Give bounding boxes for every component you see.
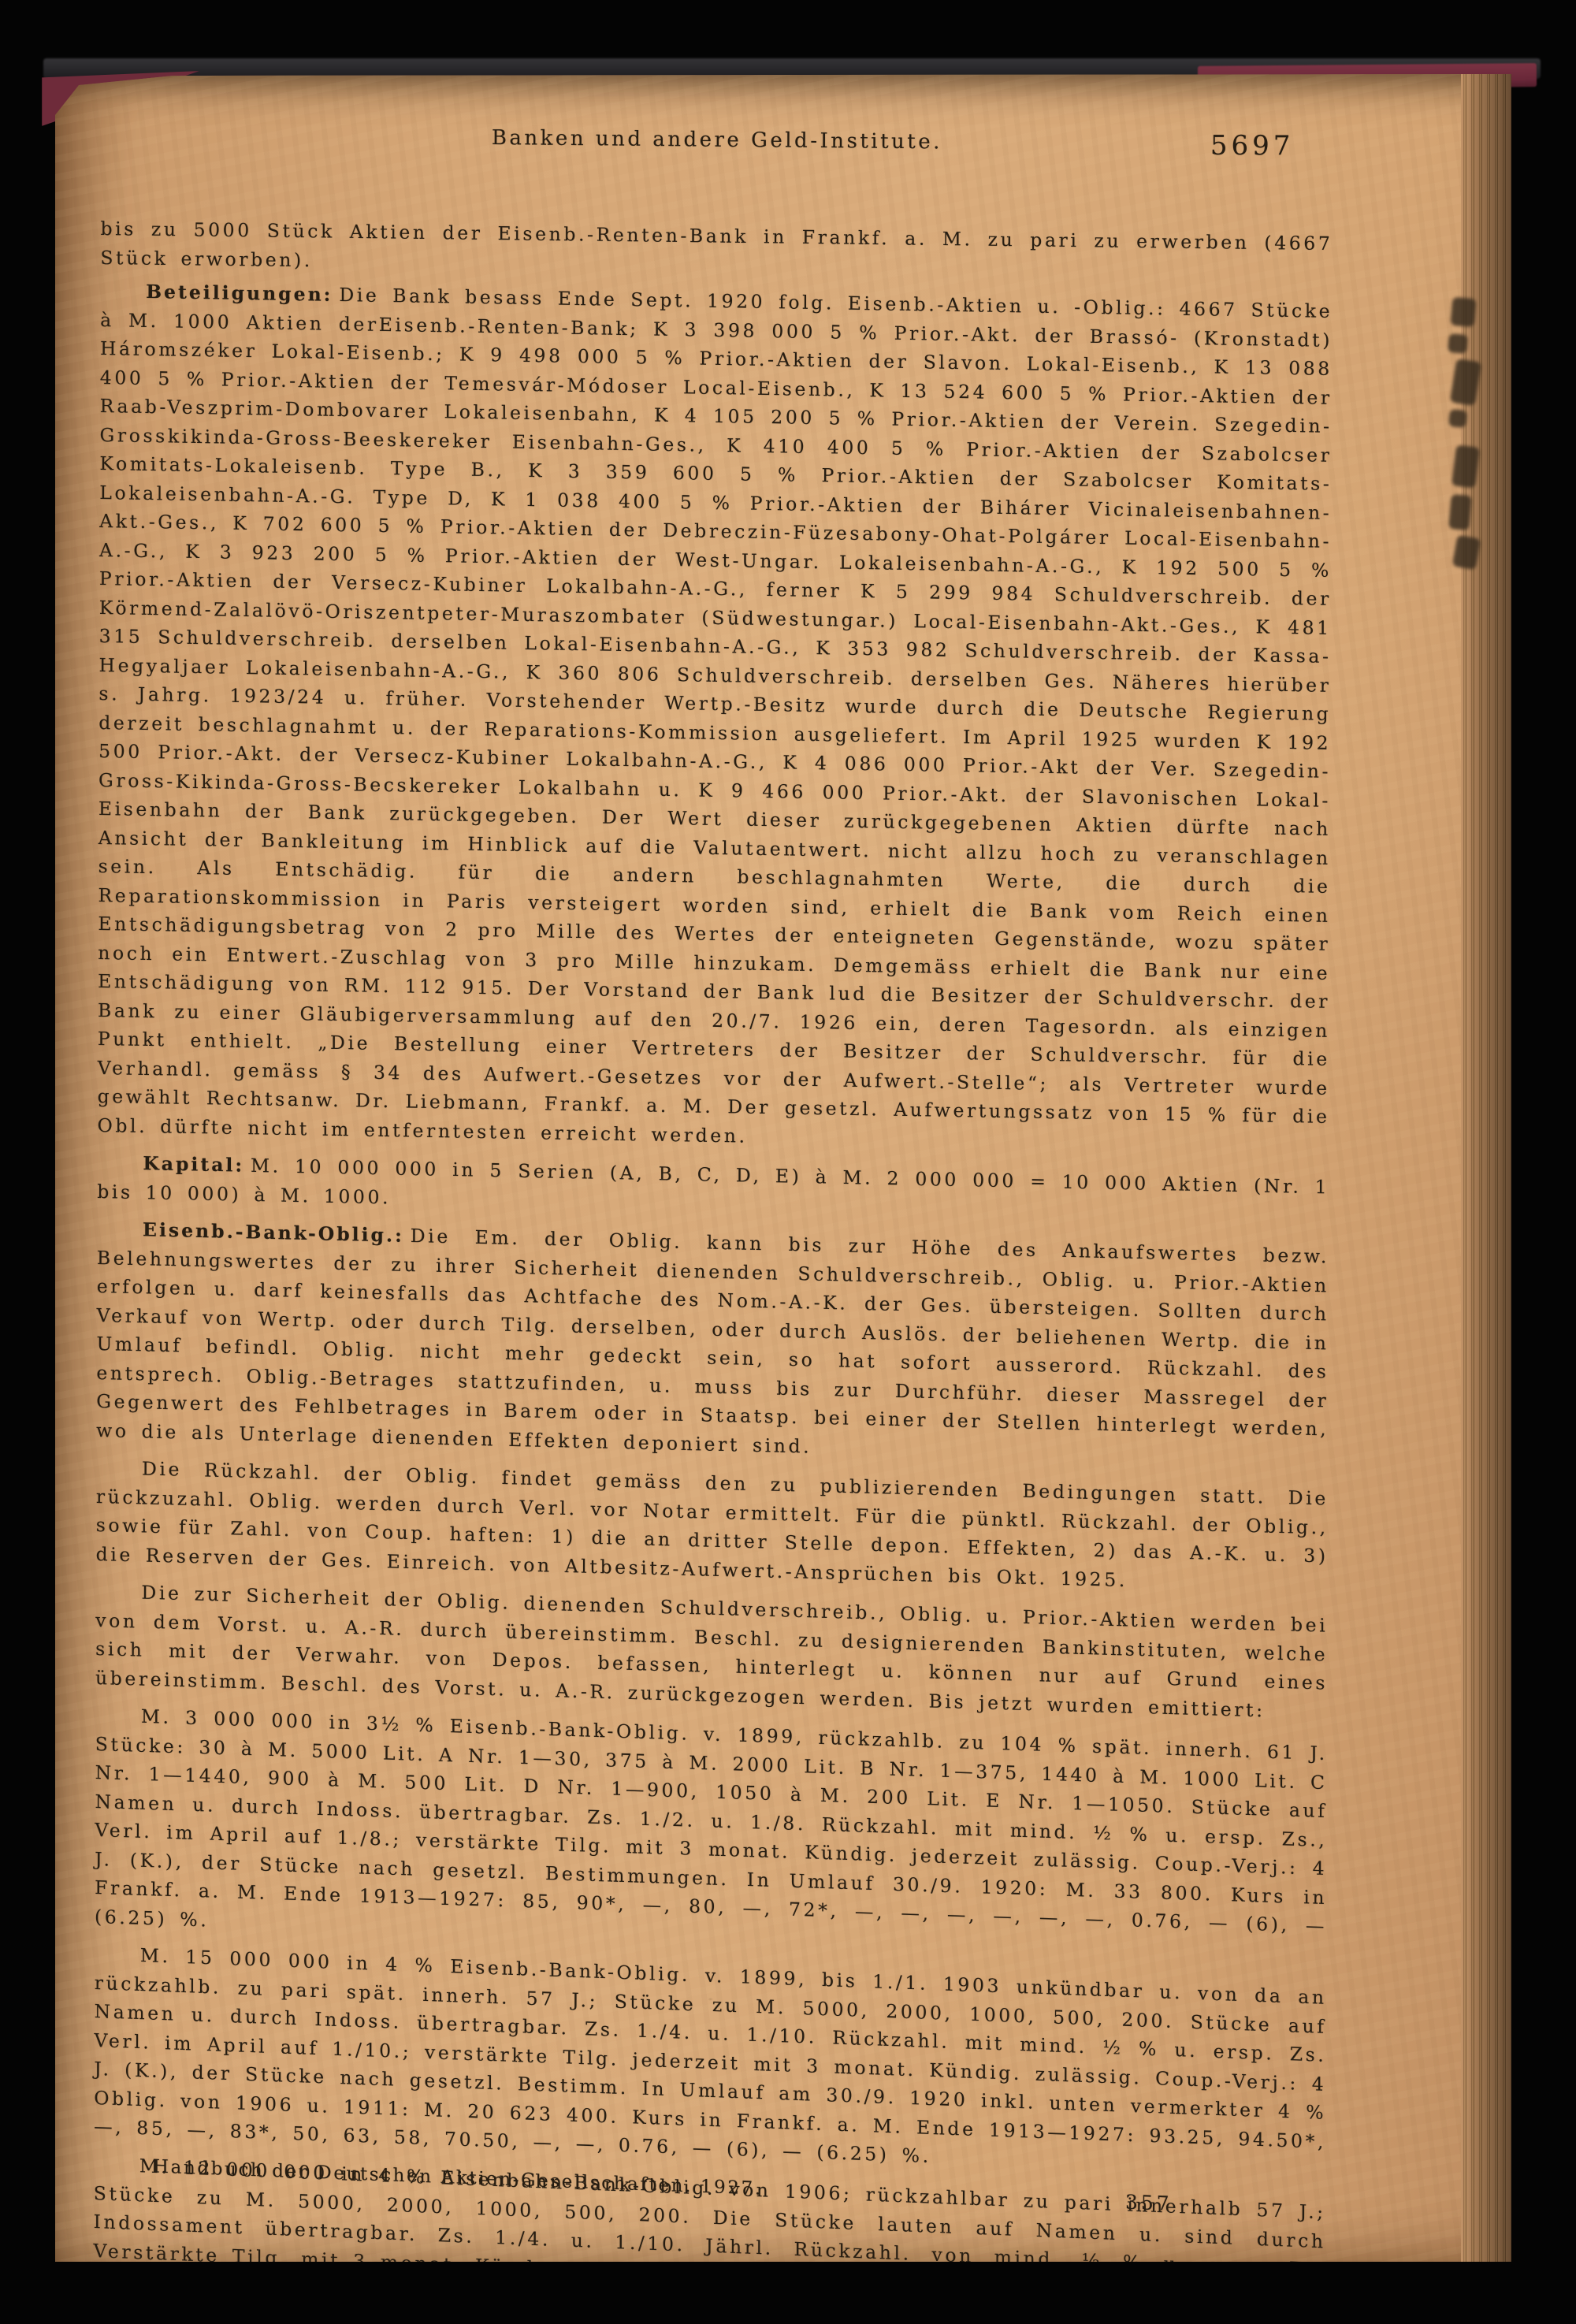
paragraph-text: M. 15 000 000 in 4 % Eisenb.-Bank-Oblig.… — [94, 1944, 1327, 2167]
paragraph-lead: Kapital: — [143, 1152, 244, 1177]
paragraph-text: M. 10 000 000 in 5 Serien (A, B, C, D, E… — [97, 1155, 1329, 1208]
paragraph-text: Die Rückzahl. der Oblig. findet gemäss d… — [96, 1457, 1329, 1590]
paragraph-text: Die Bank besass Ende Sept. 1920 folg. Ei… — [97, 284, 1333, 1147]
printed-content: Banken und andere Geld-Institute. 5697 b… — [93, 115, 1333, 2269]
paragraph-oblig-1899-3-5pct: M. 3 000 000 in 3½ % Eisenb.-Bank-Oblig.… — [95, 1701, 1328, 1969]
paragraph-eisenb-bank-oblig: Eisenb.-Bank-Oblig.:Die Em. der Oblig. k… — [96, 1214, 1329, 1472]
edge-ink-blot — [1448, 409, 1467, 428]
paragraph-text: bis zu 5000 Stück Aktien der Eisenb.-Ren… — [100, 218, 1333, 271]
paragraph-beteiligungen: Beteiligungen:Die Bank besass Ende Sept.… — [97, 277, 1333, 1160]
paragraph-continuation: bis zu 5000 Stück Aktien der Eisenb.-Ren… — [100, 214, 1333, 287]
edge-ink-blot — [1450, 359, 1481, 406]
edge-ink-blot — [1450, 297, 1476, 327]
paragraph-text: M. 3 000 000 in 3½ % Eisenb.-Bank-Oblig.… — [95, 1705, 1328, 1937]
footer-volume-number: 357 — [1125, 2191, 1173, 2215]
edge-ink-marks — [1447, 298, 1483, 568]
paragraph-oblig-1899-4pct: M. 15 000 000 in 4 % Eisenb.-Bank-Oblig.… — [94, 1939, 1327, 2185]
page-number: 5697 — [1210, 130, 1295, 162]
paragraph-sicherheit: Die zur Sicherheit der Oblig. dienenden … — [95, 1577, 1328, 1727]
paragraph-lead: Eisenb.-Bank-Oblig.: — [143, 1218, 404, 1247]
running-title: Banken und andere Geld-Institute. — [101, 111, 1333, 158]
edge-ink-blot — [1451, 444, 1480, 488]
edge-ink-blot — [1448, 333, 1468, 354]
paragraph-text: Die zur Sicherheit der Oblig. dienenden … — [95, 1582, 1328, 1721]
edge-ink-blot — [1448, 494, 1472, 530]
edge-ink-blot — [1452, 535, 1481, 571]
paragraph-rueckzahlung: Die Rückzahl. der Oblig. findet gemäss d… — [96, 1453, 1329, 1600]
body-text: bis zu 5000 Stück Aktien der Eisenb.-Ren… — [93, 214, 1333, 2269]
running-head: Banken und andere Geld-Institute. 5697 — [101, 115, 1333, 174]
paragraph-lead: Beteiligungen: — [146, 281, 333, 306]
book-page: Banken und andere Geld-Institute. 5697 b… — [55, 74, 1511, 2262]
paragraph-text: Die Em. der Oblig. kann bis zur Höhe des… — [96, 1225, 1329, 1457]
